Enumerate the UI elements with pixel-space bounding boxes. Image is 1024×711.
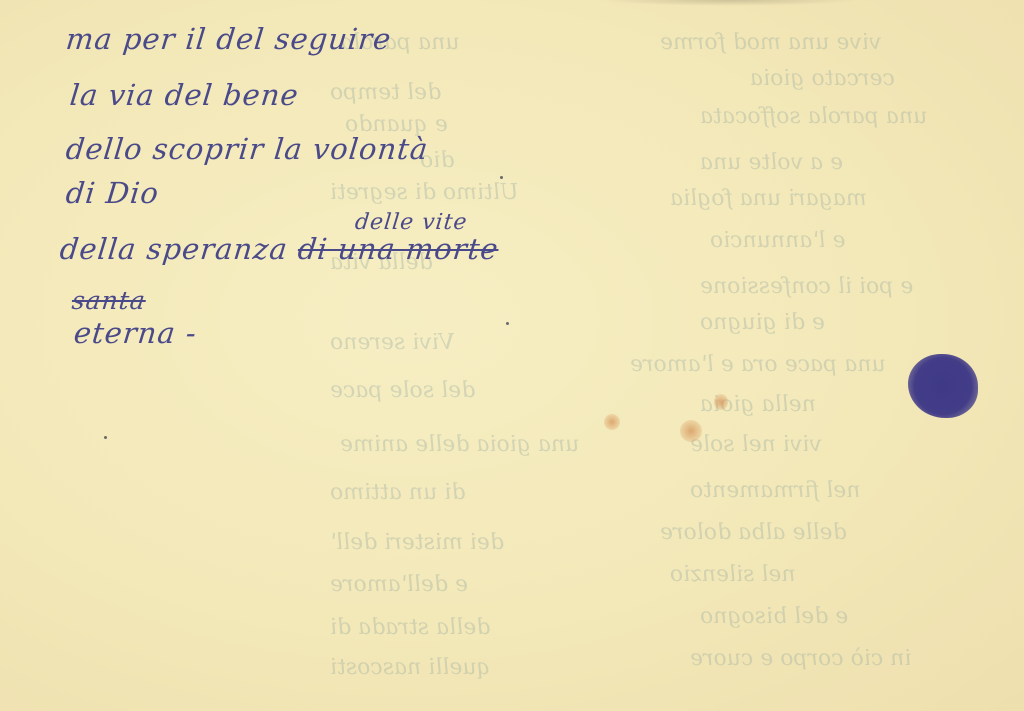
bleed-through-line: e dell'amore xyxy=(329,572,470,597)
bleed-through-line: dei misteri dell' xyxy=(329,530,506,555)
bleed-through-line: Ultimo di segreti xyxy=(329,180,520,205)
stain-spot xyxy=(714,394,728,410)
struck-through-text: di una morte xyxy=(296,232,500,266)
bleed-through-line: Vivi sereno xyxy=(329,330,456,355)
paper-speck xyxy=(506,322,509,325)
bleed-through-line: e di giugno xyxy=(699,310,827,335)
bleed-through-line: cercato gioia xyxy=(749,66,897,91)
bleed-through-line: del sole pace xyxy=(329,378,477,403)
bleed-through-line: una pace ora e l'amore xyxy=(629,352,887,377)
handwritten-line-1: ma per il del seguire xyxy=(64,22,393,56)
struck-through-word: santa xyxy=(70,286,147,315)
stain-spot xyxy=(680,420,702,442)
inserted-correction: delle vite xyxy=(354,210,469,235)
bleed-through-line: e a volte una xyxy=(699,150,845,175)
handwritten-line-7: eterna - xyxy=(72,316,198,350)
bleed-through-line: del tempo xyxy=(329,80,443,105)
handwritten-line-3: dello scoprir la volontà xyxy=(64,132,430,166)
handwritten-line-4: di Dio xyxy=(64,176,161,210)
bleed-through-line: nel silenzio xyxy=(669,562,797,587)
stain-spot xyxy=(604,414,620,430)
bleed-through-line: della strada di xyxy=(329,615,492,640)
bleed-through-line: e poi il confessione xyxy=(699,274,915,299)
handwritten-line-2: la via del bene xyxy=(68,78,300,112)
bleed-through-line: quelli nascosti xyxy=(329,655,492,680)
scan-edge-shadow xyxy=(600,0,860,6)
line-5-text: della speranza xyxy=(58,232,289,266)
bleed-through-line: in ciò corpo e cuore xyxy=(689,646,913,671)
bleed-through-line: e del bisogno xyxy=(699,604,850,629)
paper-speck xyxy=(500,176,503,179)
bleed-through-line: di un attimo xyxy=(329,480,467,505)
bleed-through-line: nel firmamento xyxy=(689,478,862,503)
handwritten-line-5: della speranza di una morte xyxy=(58,232,500,266)
document-page: una parola del tempo e quando dio Ultimo… xyxy=(0,0,1024,711)
bleed-through-line: delle alba dolore xyxy=(659,520,848,545)
bleed-through-line: una gioia delle anime xyxy=(339,432,581,457)
bleed-through-line: e l'annuncio xyxy=(709,228,847,253)
paper-speck xyxy=(104,436,107,439)
bleed-through-line: magari una foglia xyxy=(669,186,868,211)
ink-blot xyxy=(908,354,978,418)
bleed-through-line: una parola soffocata xyxy=(699,104,929,129)
bleed-through-line: vivi nel sole xyxy=(689,432,823,457)
bleed-through-line: vive una mod forme xyxy=(659,30,883,55)
